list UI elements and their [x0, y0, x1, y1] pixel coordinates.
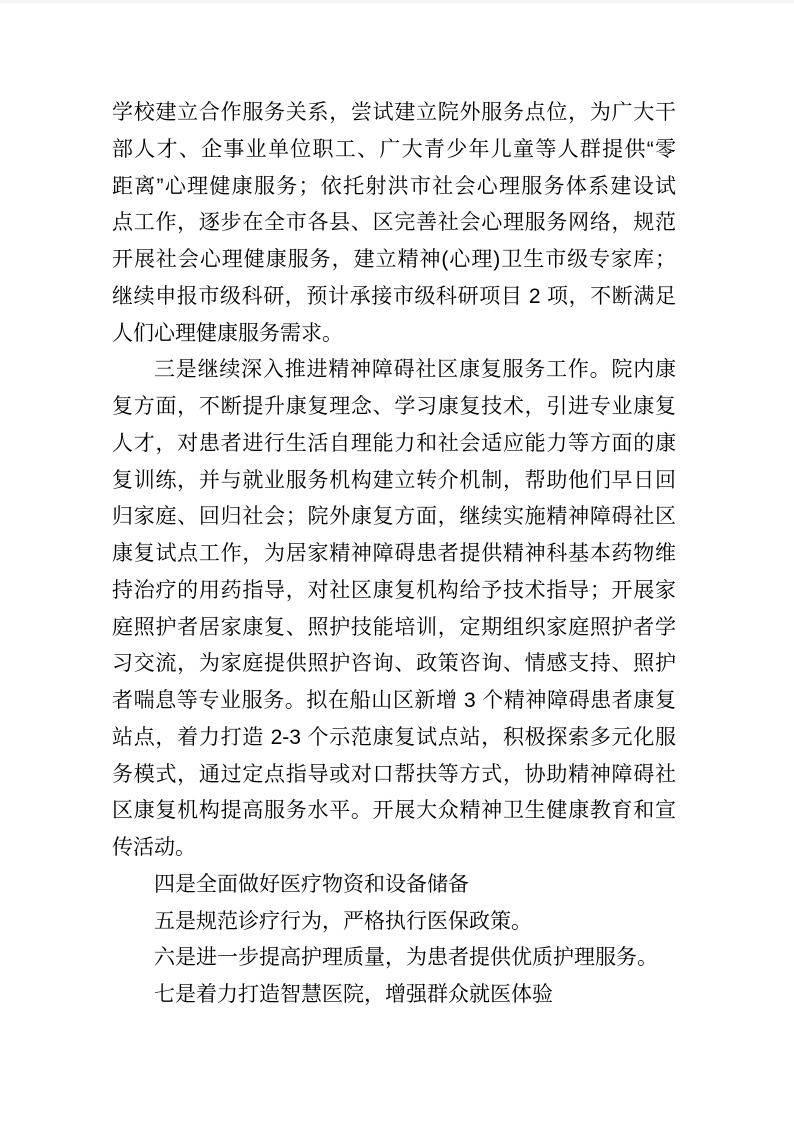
text-line: 习交流，为家庭提供照护咨询、政策咨询、情感支持、照护: [112, 646, 676, 683]
text-line: 传活动。: [112, 830, 676, 867]
text-line: 部人才、企事业单位职工、广大青少年儿童等人群提供“零: [112, 132, 676, 169]
text-line: 继续申报市级科研，预计承接市级科研项目 2 项，不断满足: [112, 279, 676, 316]
text-line: 开展社会心理健康服务，建立精神(心理)卫生市级专家库；: [112, 242, 676, 279]
text-line: 七是着力打造智慧医院，增强群众就医体验: [112, 977, 676, 1014]
document-page: 学校建立合作服务关系，尝试建立院外服务点位，为广大干部人才、企事业单位职工、广大…: [0, 0, 794, 1122]
text-line: 复方面，不断提升康复理念、学习康复技术，引进专业康复: [112, 389, 676, 426]
text-line: 者喘息等专业服务。拟在船山区新增 3 个精神障碍患者康复: [112, 683, 676, 720]
text-line: 庭照护者居家康复、照护技能培训，定期组织家庭照护者学: [112, 610, 676, 647]
text-line: 务模式，通过定点指导或对口帮扶等方式，协助精神障碍社: [112, 757, 676, 794]
text-line: 人才，对患者进行生活自理能力和社会适应能力等方面的康: [112, 426, 676, 463]
text-line: 复训练，并与就业服务机构建立转介机制，帮助他们早日回: [112, 463, 676, 500]
text-line: 区康复机构提高服务水平。开展大众精神卫生健康教育和宣: [112, 793, 676, 830]
document-text-block: 学校建立合作服务关系，尝试建立院外服务点位，为广大干部人才、企事业单位职工、广大…: [112, 95, 676, 1014]
text-line: 点工作，逐步在全市各县、区完善社会心理服务网络，规范: [112, 205, 676, 242]
text-line: 四是全面做好医疗物资和设备储备: [112, 867, 676, 904]
text-line: 距离”心理健康服务；依托射洪市社会心理服务体系建设试: [112, 169, 676, 206]
text-line: 五是规范诊疗行为，严格执行医保政策。: [112, 904, 676, 941]
text-line: 六是进一步提高护理质量，为患者提供优质护理服务。: [112, 940, 676, 977]
text-line: 学校建立合作服务关系，尝试建立院外服务点位，为广大干: [112, 95, 676, 132]
text-line: 三是继续深入推进精神障碍社区康复服务工作。院内康: [112, 352, 676, 389]
text-line: 持治疗的用药指导，对社区康复机构给予技术指导；开展家: [112, 573, 676, 610]
text-line: 归家庭、回归社会；院外康复方面，继续实施精神障碍社区: [112, 499, 676, 536]
page-top-edge: [0, 0, 794, 3]
text-line: 人们心理健康服务需求。: [112, 316, 676, 353]
text-line: 康复试点工作，为居家精神障碍患者提供精神科基本药物维: [112, 536, 676, 573]
text-line: 站点，着力打造 2-3 个示范康复试点站，积极探索多元化服: [112, 720, 676, 757]
